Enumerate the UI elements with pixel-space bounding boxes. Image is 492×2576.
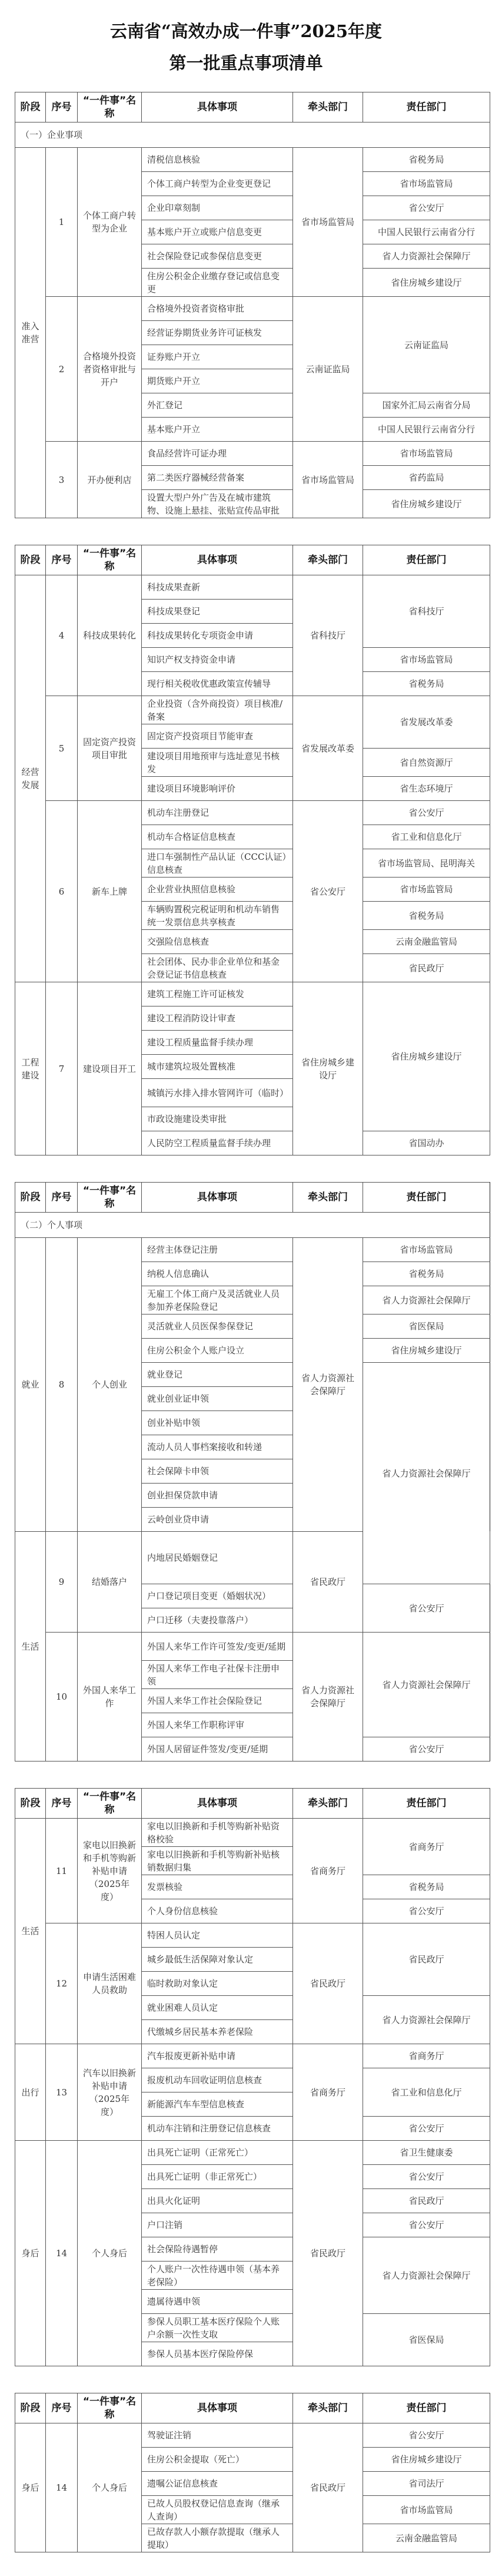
- item-cell: 食品经营许可证办理: [142, 442, 293, 466]
- item-cell: 期货账户开立: [142, 369, 293, 393]
- seq-cell: 8: [46, 1238, 78, 1532]
- title-line-1: 云南省“高效办成一件事”2025年度: [0, 15, 492, 47]
- resp-dept-cell: 省税务局: [363, 902, 490, 930]
- header-lead: 牵头部门: [293, 2393, 363, 2423]
- table-row: 6新车上牌机动车注册登记省公安厅省公安厅: [15, 801, 490, 825]
- header-resp: 责任部门: [363, 92, 490, 122]
- item-cell: 户口登记项目变更（婚姻状况）: [142, 1584, 293, 1608]
- resp-dept-cell: 省税务局: [363, 1262, 490, 1286]
- stage-cell: 就业: [15, 1238, 46, 1532]
- items-table: 阶段序号“一件事”名称具体事项牵头部门责任部门（一）企业事项准入准营1个体工商户…: [15, 92, 490, 518]
- table-page: 阶段序号“一件事”名称具体事项牵头部门责任部门（二）个人事项就业8个人创业经营主…: [15, 1182, 490, 1762]
- seq-cell: 9: [46, 1532, 78, 1633]
- item-cell: 证券账户开立: [142, 345, 293, 369]
- resp-dept-cell: 省人力资源社会保障厅: [363, 1363, 490, 1584]
- item-cell: 外汇登记: [142, 393, 293, 418]
- item-cell: 机动车注册登记: [142, 801, 293, 825]
- resp-dept-cell: 省公安厅: [363, 1584, 490, 1633]
- event-name-cell: 科技成果转化: [78, 575, 142, 696]
- resp-dept-cell: 省药监局: [363, 466, 490, 490]
- header-seq: 序号: [46, 545, 78, 575]
- item-cell: 社会保障卡申领: [142, 1459, 293, 1484]
- resp-dept-cell: 省住房城乡建设厅: [363, 269, 490, 297]
- header-row: 阶段序号“一件事”名称具体事项牵头部门责任部门: [15, 2393, 490, 2423]
- item-cell: 新能源汽车车型信息核查: [142, 2092, 293, 2117]
- seq-cell: 4: [46, 575, 78, 696]
- event-name-cell: 个体工商户转型为企业: [78, 148, 142, 297]
- event-name-cell: 外国人来华工作: [78, 1633, 142, 1762]
- item-cell: 社会保险待遇暂停: [142, 2237, 293, 2262]
- resp-dept-cell: 省税务局: [363, 148, 490, 172]
- item-cell: 住房公积金提取（死亡）: [142, 2448, 293, 2472]
- item-cell: 社会团体、民办非企业单位和基金会登记证书信息核查: [142, 954, 293, 982]
- item-cell: 创业补贴申领: [142, 1411, 293, 1435]
- item-cell: 设置大型户外广告及在城市建筑物、设施上悬挂、张贴宣传品审批: [142, 490, 293, 518]
- stage-cell: 工程建设: [15, 982, 46, 1155]
- seq-cell: 10: [46, 1633, 78, 1762]
- item-cell: 就业登记: [142, 1363, 293, 1387]
- item-cell: 遗嘱公证信息核查: [142, 2472, 293, 2496]
- item-cell: 城镇污水排入排水管网许可（临时）: [142, 1079, 293, 1107]
- item-cell: 个人身份信息核验: [142, 1899, 293, 1923]
- table-page: 阶段序号“一件事”名称具体事项牵头部门责任部门（一）企业事项准入准营1个体工商户…: [15, 92, 490, 518]
- item-cell: 纳税人信息确认: [142, 1262, 293, 1286]
- item-cell: 户口迁移（夫妻投靠落户）: [142, 1608, 293, 1633]
- resp-dept-cell: 省医保局: [363, 2314, 490, 2366]
- page-bottom-space: [0, 2552, 492, 2576]
- resp-dept-cell: 省税务局: [363, 672, 490, 696]
- item-cell: 建设项目环境影响评价: [142, 777, 293, 801]
- table-row: 3开办便利店食品经营许可证办理省市场监管局省市场监管局: [15, 442, 490, 466]
- document-title: 云南省“高效办成一件事”2025年度 第一批重点事项清单: [0, 0, 492, 79]
- resp-dept-cell: 省住房城乡建设厅: [363, 1339, 490, 1363]
- event-name-cell: 家电以旧换新和手机等购新补贴申请（2025年度）: [78, 1819, 142, 1923]
- lead-dept-cell: 省住房城乡建设厅: [293, 982, 363, 1155]
- item-cell: 社会保险登记或参保信息变更: [142, 244, 293, 269]
- table-row: 工程建设7建设项目开工建筑工程施工许可证核发省住房城乡建设厅省住房城乡建设厅: [15, 982, 490, 1006]
- table-row: 身后14个人身后驾驶证注销省民政厅省公安厅: [15, 2423, 490, 2448]
- resp-dept-cell: 省公安厅: [363, 2213, 490, 2237]
- item-cell: 出具火化证明: [142, 2189, 293, 2213]
- event-name-cell: 个人身后: [78, 2141, 142, 2366]
- header-resp: 责任部门: [363, 1789, 490, 1819]
- item-cell: 家电以旧换新和手机等购新补贴核销数据归集: [142, 1847, 293, 1875]
- resp-dept-cell: 省公安厅: [363, 801, 490, 825]
- resp-dept-cell: 省人力资源社会保障厅: [363, 1286, 490, 1315]
- stage-cell: 出行: [15, 2044, 46, 2141]
- event-name-cell: 结婚落户: [78, 1532, 142, 1633]
- item-cell: 家电以旧换新和手机等购新补贴资格校验: [142, 1819, 293, 1847]
- item-cell: 外国人居留证件签发/变更/延期: [142, 1737, 293, 1762]
- item-cell: 清税信息核验: [142, 148, 293, 172]
- items-table: 阶段序号“一件事”名称具体事项牵头部门责任部门身后14个人身后驾驶证注销省民政厅…: [15, 2393, 490, 2552]
- item-cell: 云岭创业贷申请: [142, 1508, 293, 1532]
- resp-dept-cell: 省人力资源社会保障厅: [363, 2237, 490, 2314]
- seq-cell: 1: [46, 148, 78, 297]
- item-cell: 机动车合格证信息核查: [142, 825, 293, 849]
- resp-dept-cell: 云南金融监管局: [363, 2524, 490, 2552]
- seq-cell: 13: [46, 2044, 78, 2141]
- header-name: “一件事”名称: [78, 2393, 142, 2423]
- lead-dept-cell: 省人力资源社会保障厅: [293, 1238, 363, 1532]
- header-name: “一件事”名称: [78, 1183, 142, 1213]
- item-cell: 城乡最低生活保障对象认定: [142, 1948, 293, 1972]
- seq-cell: 14: [46, 2141, 78, 2366]
- resp-dept-cell: 省发展改革委: [363, 696, 490, 749]
- header-stage: 阶段: [15, 1183, 46, 1213]
- item-cell: 建设工程消防设计审查: [142, 1006, 293, 1031]
- lead-dept-cell: 省市场监管局: [293, 148, 363, 297]
- item-cell: 个人账户一次性待遇申领（基本养老保险）: [142, 2262, 293, 2290]
- item-cell: 灵活就业人员医保参保登记: [142, 1315, 293, 1339]
- item-cell: 固定资产投资项目节能审查: [142, 724, 293, 749]
- item-cell: 汽车报废更新补贴申请: [142, 2044, 293, 2068]
- section-row: （二）个人事项: [15, 1213, 490, 1238]
- header-lead: 牵头部门: [293, 545, 363, 575]
- items-table: 阶段序号“一件事”名称具体事项牵头部门责任部门经营发展4科技成果转化科技成果查新…: [15, 545, 490, 1155]
- title-line-2: 第一批重点事项清单: [0, 47, 492, 79]
- item-cell: 建设项目用地预审与选址意见书核发: [142, 749, 293, 777]
- table-row: 10外国人来华工作外国人来华工作许可签发/变更/延期省人力资源社会保障厅省人力资…: [15, 1633, 490, 1661]
- resp-dept-cell: 省税务局: [363, 1875, 490, 1899]
- event-name-cell: 汽车以旧换新补贴申请（2025年度）: [78, 2044, 142, 2141]
- lead-dept-cell: 省商务厅: [293, 1819, 363, 1923]
- item-cell: 流动人员人事档案接收和转递: [142, 1435, 293, 1459]
- resp-dept-cell: 省人力资源社会保障厅: [363, 1996, 490, 2044]
- page-gap: [0, 518, 492, 545]
- header-item: 具体事项: [142, 545, 293, 575]
- header-resp: 责任部门: [363, 1183, 490, 1213]
- event-name-cell: 合格境外投资者资格审批与开户: [78, 297, 142, 442]
- item-cell: 科技成果登记: [142, 600, 293, 624]
- stage-cell: 身后: [15, 2423, 46, 2552]
- resp-dept-cell: 省卫生健康委: [363, 2141, 490, 2165]
- resp-dept-cell: 省市场监管局: [363, 2496, 490, 2524]
- header-seq: 序号: [46, 92, 78, 122]
- lead-dept-cell: 省发展改革委: [293, 696, 363, 801]
- header-lead: 牵头部门: [293, 92, 363, 122]
- item-cell: 交强险信息核查: [142, 930, 293, 954]
- item-cell: 外国人来华工作电子社保卡注册申领: [142, 1661, 293, 1689]
- item-cell: 住房公积金企业缴存登记或信息变更: [142, 269, 293, 297]
- table-row: 经营发展4科技成果转化科技成果查新省科技厅省科技厅: [15, 575, 490, 600]
- item-cell: 临时救助对象认定: [142, 1972, 293, 1996]
- resp-dept-cell: 省生态环境厅: [363, 777, 490, 801]
- stage-cell: 准入准营: [15, 148, 46, 518]
- resp-dept-cell: 省市场监管局: [363, 648, 490, 672]
- table-page: 阶段序号“一件事”名称具体事项牵头部门责任部门生活11家电以旧换新和手机等购新补…: [15, 1788, 490, 2366]
- event-name-cell: 个人创业: [78, 1238, 142, 1532]
- table-row: 就业8个人创业经营主体登记注册省人力资源社会保障厅省市场监管局: [15, 1238, 490, 1262]
- item-cell: 车辆购置税完税证明和机动车销售统一发票信息共享核查: [142, 902, 293, 930]
- item-cell: 机动车注销和注册登记信息核查: [142, 2117, 293, 2141]
- resp-dept-cell: 云南证监局: [363, 297, 490, 393]
- lead-dept-cell: 省商务厅: [293, 2044, 363, 2141]
- stage-cell: 生活: [15, 1532, 46, 1762]
- item-cell: 住房公积金个人账户设立: [142, 1339, 293, 1363]
- lead-dept-cell: 省科技厅: [293, 575, 363, 696]
- item-cell: 建设工程质量监督手续办理: [142, 1031, 293, 1055]
- resp-dept-cell: 省公安厅: [363, 2117, 490, 2141]
- resp-dept-cell: 省民政厅: [363, 954, 490, 982]
- item-cell: 出具死亡证明（正常死亡）: [142, 2141, 293, 2165]
- page-gap: [0, 2366, 492, 2393]
- item-cell: 特困人员认定: [142, 1923, 293, 1948]
- item-cell: 报废机动车回收证明信息核查: [142, 2068, 293, 2092]
- lead-dept-cell: 云南证监局: [293, 297, 363, 442]
- section-row: （一）企业事项: [15, 122, 490, 148]
- header-stage: 阶段: [15, 92, 46, 122]
- resp-dept-cell: 省市场监管局: [363, 172, 490, 196]
- header-item: 具体事项: [142, 1789, 293, 1819]
- header-item: 具体事项: [142, 2393, 293, 2423]
- item-cell: 代缴城乡居民基本养老保险: [142, 2020, 293, 2044]
- resp-dept-cell: 省住房城乡建设厅: [363, 982, 490, 1131]
- header-item: 具体事项: [142, 1183, 293, 1213]
- resp-dept-cell: 省人力资源社会保障厅: [363, 1633, 490, 1737]
- resp-dept-cell: 省医保局: [363, 1315, 490, 1339]
- item-cell: 第二类医疗器械经营备案: [142, 466, 293, 490]
- header-name: “一件事”名称: [78, 545, 142, 575]
- resp-dept-cell: 省公安厅: [363, 1899, 490, 1923]
- resp-dept-cell: 中国人民银行云南省分行: [363, 220, 490, 244]
- header-lead: 牵头部门: [293, 1789, 363, 1819]
- resp-dept-cell: 中国人民银行云南省分行: [363, 418, 490, 442]
- item-cell: 经营证券期货业务许可证核发: [142, 321, 293, 345]
- event-name-cell: 开办便利店: [78, 442, 142, 518]
- item-cell: 城市建筑垃圾处置核准: [142, 1055, 293, 1079]
- seq-cell: 14: [46, 2423, 78, 2552]
- item-cell: 基本账户开立: [142, 418, 293, 442]
- item-cell: 已故存款人小额存款提取（继承人提取）: [142, 2524, 293, 2552]
- header-stage: 阶段: [15, 1789, 46, 1819]
- header-stage: 阶段: [15, 545, 46, 575]
- table-page: 阶段序号“一件事”名称具体事项牵头部门责任部门经营发展4科技成果转化科技成果查新…: [15, 545, 490, 1155]
- event-name-cell: 新车上牌: [78, 801, 142, 982]
- resp-dept-cell: 省民政厅: [363, 2189, 490, 2213]
- header-row: 阶段序号“一件事”名称具体事项牵头部门责任部门: [15, 92, 490, 122]
- header-seq: 序号: [46, 2393, 78, 2423]
- table-row: 出行13汽车以旧换新补贴申请（2025年度）汽车报废更新补贴申请省商务厅省商务厅: [15, 2044, 490, 2068]
- table-page: 阶段序号“一件事”名称具体事项牵头部门责任部门身后14个人身后驾驶证注销省民政厅…: [15, 2393, 490, 2552]
- seq-cell: 5: [46, 696, 78, 801]
- item-cell: 现行相关税收优惠政策宣传辅导: [142, 672, 293, 696]
- item-cell: 企业投资（含外商投资）项目核准/备案: [142, 696, 293, 724]
- resp-dept-cell: 省工业和信息化厅: [363, 825, 490, 849]
- seq-cell: 3: [46, 442, 78, 518]
- header-seq: 序号: [46, 1789, 78, 1819]
- header-name: “一件事”名称: [78, 1789, 142, 1819]
- item-cell: 建筑工程施工许可证核发: [142, 982, 293, 1006]
- seq-cell: 11: [46, 1819, 78, 1923]
- header-row: 阶段序号“一件事”名称具体事项牵头部门责任部门: [15, 1183, 490, 1213]
- header-row: 阶段序号“一件事”名称具体事项牵头部门责任部门: [15, 545, 490, 575]
- item-cell: 个体工商户转型为企业变更登记: [142, 172, 293, 196]
- table-row: 5固定资产投资项目审批企业投资（含外商投资）项目核准/备案省发展改革委省发展改革…: [15, 696, 490, 724]
- item-cell: 驾驶证注销: [142, 2423, 293, 2448]
- item-cell: 企业营业执照信息核验: [142, 878, 293, 902]
- items-table: 阶段序号“一件事”名称具体事项牵头部门责任部门（二）个人事项就业8个人创业经营主…: [15, 1182, 490, 1762]
- resp-dept-cell: 省住房城乡建设厅: [363, 2448, 490, 2472]
- item-cell: 市政设施建设类审批: [142, 1107, 293, 1131]
- item-cell: 参保人员职工基本医疗保险个人账户余额一次性支取: [142, 2314, 293, 2342]
- header-stage: 阶段: [15, 2393, 46, 2423]
- page-gap: [0, 1155, 492, 1182]
- resp-dept-cell: 省市场监管局: [363, 442, 490, 466]
- item-cell: 合格境外投资者资格审批: [142, 297, 293, 321]
- lead-dept-cell: 省民政厅: [293, 1923, 363, 2044]
- resp-dept-cell: 省民政厅: [363, 1923, 490, 1996]
- resp-dept-cell: 省公安厅: [363, 2165, 490, 2189]
- header-seq: 序号: [46, 1183, 78, 1213]
- stage-cell: 经营发展: [15, 575, 46, 982]
- item-cell: 内地居民婚姻登记: [142, 1532, 293, 1584]
- item-cell: 外国人来华工作许可签发/变更/延期: [142, 1633, 293, 1661]
- resp-dept-cell: 省人力资源社会保障厅: [363, 244, 490, 269]
- stage-cell: 生活: [15, 1819, 46, 2044]
- item-cell: 参保人员基本医疗保险停保: [142, 2342, 293, 2366]
- event-name-cell: 个人身后: [78, 2423, 142, 2552]
- resp-dept-cell: 省司法厅: [363, 2472, 490, 2496]
- header-lead: 牵头部门: [293, 1183, 363, 1213]
- item-cell: 企业印章刻制: [142, 196, 293, 220]
- lead-dept-cell: 省公安厅: [293, 801, 363, 982]
- seq-cell: 12: [46, 1923, 78, 2044]
- header-name: “一件事”名称: [78, 92, 142, 122]
- resp-dept-cell: 省科技厅: [363, 575, 490, 648]
- lead-dept-cell: 省民政厅: [293, 2141, 363, 2366]
- resp-dept-cell: 省公安厅: [363, 2423, 490, 2448]
- item-cell: 就业困难人员认定: [142, 1996, 293, 2020]
- item-cell: 已故人员股权登记信息查询（继承人查询）: [142, 2496, 293, 2524]
- resp-dept-cell: 省工业和信息化厅: [363, 2068, 490, 2117]
- header-resp: 责任部门: [363, 545, 490, 575]
- page-gap: [0, 1762, 492, 1788]
- table-row: 准入准营1个体工商户转型为企业清税信息核验省市场监管局省税务局: [15, 148, 490, 172]
- table-row: 生活11家电以旧换新和手机等购新补贴申请（2025年度）家电以旧换新和手机等购新…: [15, 1819, 490, 1847]
- resp-dept-cell: 省国动办: [363, 1131, 490, 1155]
- lead-dept-cell: 省民政厅: [293, 1532, 363, 1633]
- item-cell: 遗属待遇申领: [142, 2290, 293, 2314]
- resp-dept-cell: 省公安厅: [363, 196, 490, 220]
- event-name-cell: 申请生活困难人员救助: [78, 1923, 142, 2044]
- item-cell: 经营主体登记注册: [142, 1238, 293, 1262]
- table-row: 身后14个人身后出具死亡证明（正常死亡）省民政厅省卫生健康委: [15, 2141, 490, 2165]
- lead-dept-cell: 省市场监管局: [293, 442, 363, 518]
- item-cell: 科技成果转化专项资金申请: [142, 624, 293, 648]
- lead-dept-cell: 省人力资源社会保障厅: [293, 1633, 363, 1762]
- resp-dept-cell: 省住房城乡建设厅: [363, 490, 490, 518]
- resp-dept-cell: 省市场监管局、昆明海关: [363, 849, 490, 878]
- item-cell: 外国人来华工作职称评审: [142, 1713, 293, 1737]
- item-cell: 外国人来华工作社会保险登记: [142, 1689, 293, 1713]
- section-title: （二）个人事项: [15, 1213, 490, 1238]
- table-row: 2合格境外投资者资格审批与开户合格境外投资者资格审批云南证监局云南证监局: [15, 297, 490, 321]
- item-cell: 创业担保贷款申请: [142, 1484, 293, 1508]
- item-cell: 基本账户开立或账户信息变更: [142, 220, 293, 244]
- event-name-cell: 固定资产投资项目审批: [78, 696, 142, 801]
- resp-dept-cell: 省市场监管局: [363, 1238, 490, 1262]
- item-cell: 无雇工个体工商户及灵活就业人员参加养老保险登记: [142, 1286, 293, 1315]
- seq-cell: 2: [46, 297, 78, 442]
- table-row: 12申请生活困难人员救助特困人员认定省民政厅省民政厅: [15, 1923, 490, 1948]
- item-cell: 发票核验: [142, 1875, 293, 1899]
- resp-dept-cell: 省自然资源厅: [363, 749, 490, 777]
- header-item: 具体事项: [142, 92, 293, 122]
- item-cell: 知识产权支持资金申请: [142, 648, 293, 672]
- item-cell: 出具死亡证明（非正常死亡）: [142, 2165, 293, 2189]
- resp-dept-cell: 省公安厅: [363, 1737, 490, 1762]
- resp-dept-cell: 省商务厅: [363, 1819, 490, 1875]
- table-pages: 阶段序号“一件事”名称具体事项牵头部门责任部门（一）企业事项准入准营1个体工商户…: [0, 92, 492, 2576]
- resp-dept-cell: 国家外汇局云南省分局: [363, 393, 490, 418]
- resp-dept-cell: 省市场监管局: [363, 878, 490, 902]
- lead-dept-cell: 省民政厅: [293, 2423, 363, 2552]
- section-title: （一）企业事项: [15, 122, 490, 148]
- items-table: 阶段序号“一件事”名称具体事项牵头部门责任部门生活11家电以旧换新和手机等购新补…: [15, 1788, 490, 2366]
- item-cell: 科技成果查新: [142, 575, 293, 600]
- item-cell: 进口车强制性产品认证（CCC认证）信息核查: [142, 849, 293, 878]
- stage-cell: 身后: [15, 2141, 46, 2366]
- item-cell: 人民防空工程质量监督手续办理: [142, 1131, 293, 1155]
- seq-cell: 7: [46, 982, 78, 1155]
- item-cell: 户口注销: [142, 2213, 293, 2237]
- header-row: 阶段序号“一件事”名称具体事项牵头部门责任部门: [15, 1789, 490, 1819]
- item-cell: 就业创业证申领: [142, 1387, 293, 1411]
- resp-dept-cell: 省商务厅: [363, 2044, 490, 2068]
- seq-cell: 6: [46, 801, 78, 982]
- event-name-cell: 建设项目开工: [78, 982, 142, 1155]
- header-resp: 责任部门: [363, 2393, 490, 2423]
- resp-dept-cell: 云南金融监管局: [363, 930, 490, 954]
